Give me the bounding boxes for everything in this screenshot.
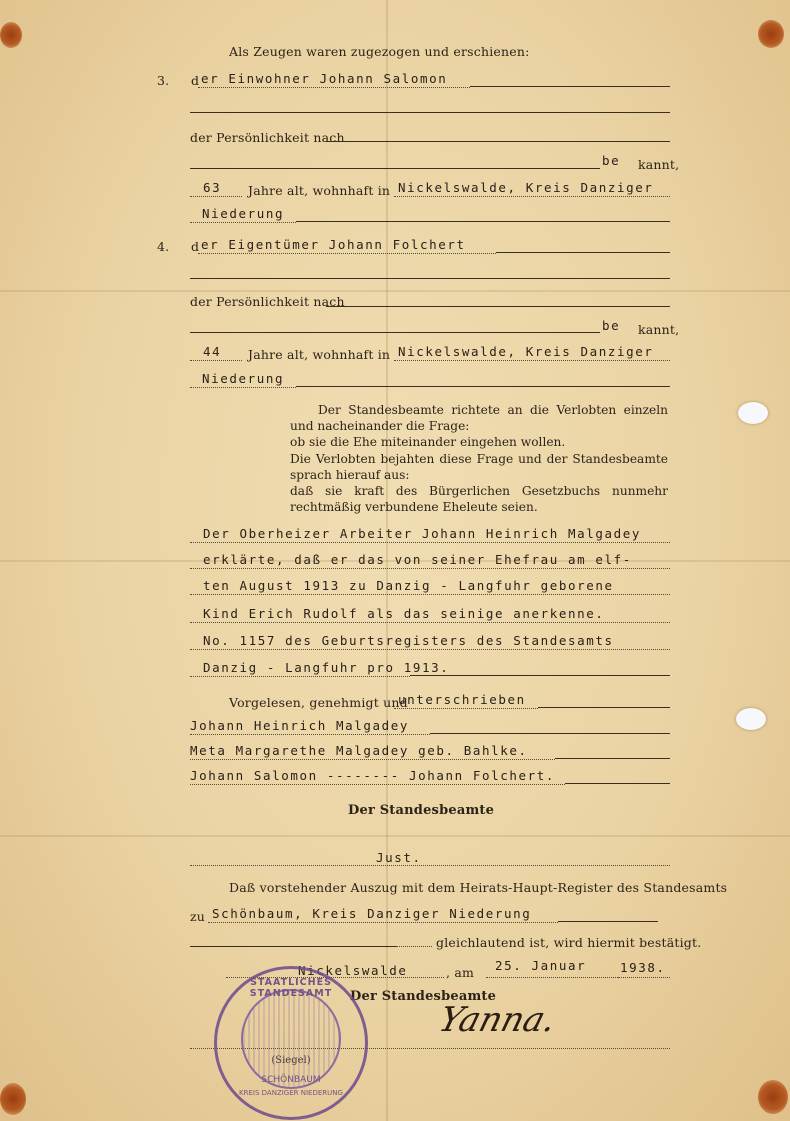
witness-3-number: 3. — [157, 73, 169, 88]
witness-4-residence: Nickelswalde, Kreis Danziger — [398, 344, 654, 359]
punch-hole — [736, 708, 766, 730]
date-am: , am — [446, 965, 474, 980]
certification-place: Schönbaum, Kreis Danziger Niederung — [212, 906, 531, 921]
fold-crease-horizontal — [0, 835, 790, 837]
registrar-name: Just. — [376, 850, 422, 865]
witness-3-residence: Nickelswalde, Kreis Danziger — [398, 180, 654, 195]
stamp-seal-label: (Siegel) — [217, 1055, 365, 1066]
witness-3-age-label: Jahre alt, wohnhaft in — [248, 183, 390, 198]
witness-3-residence-cont: Niederung — [202, 206, 284, 221]
certification-line-3: gleichlautend ist, wird hiermit bestätig… — [436, 935, 701, 950]
witness-4-number: 4. — [157, 239, 169, 254]
witness-3-known-prefix: be — [602, 153, 620, 168]
witness-3-name: er Einwohner Johann Salomon — [201, 71, 447, 86]
stamp-ring-text: STAATLICHES STANDESAMT — [217, 977, 365, 999]
ceremony-text: Der Standesbeamte richtete an die Verlob… — [290, 402, 668, 515]
witness-4-name: er Eigentümer Johann Folchert — [201, 237, 466, 252]
ceremony-answer: Die Verlobten bejahten diese Frage und d… — [290, 451, 668, 483]
fold-crease-horizontal — [0, 290, 790, 292]
ceremony-question: Der Standesbeamte richtete an die Verlob… — [290, 402, 668, 434]
ceremony-question-content: ob sie die Ehe miteinander eingehen woll… — [290, 434, 668, 450]
seal-emblem-icon — [241, 989, 341, 1089]
rust-stain — [758, 20, 784, 48]
annotation-line-2: erklärte, daß er das von seiner Ehefrau … — [203, 552, 632, 567]
date-day-month: 25. Januar — [495, 958, 586, 973]
signatory-3: Johann Salomon -------- Johann Folchert. — [190, 768, 555, 783]
punch-hole — [738, 402, 768, 424]
certification-line-1: Daß vorstehender Auszug mit dem Heirats-… — [229, 880, 727, 895]
read-approved-typed: unterschrieben — [398, 692, 526, 707]
witness-3-identity-label: der Persönlichkeit nach — [190, 130, 345, 145]
witness-4-known-suffix: kannt, — [638, 322, 679, 337]
annotation-line-5: No. 1157 des Geburtsregisters des Stande… — [203, 633, 614, 648]
annotation-line-1: Der Oberheizer Arbeiter Johann Heinrich … — [203, 526, 641, 541]
witness-4-age: 44 — [203, 344, 221, 359]
witness-3-prefix: d — [191, 73, 199, 88]
rust-stain — [0, 22, 22, 48]
certification-prefix: zu — [190, 909, 205, 924]
annotation-line-3: ten August 1913 zu Danzig - Langfuhr geb… — [203, 578, 614, 593]
stamp-district: KREIS DANZIGER NIEDERUNG — [217, 1089, 365, 1097]
witness-4-residence-cont: Niederung — [202, 371, 284, 386]
stamp-town: SCHÖNBAUM — [217, 1075, 365, 1085]
registrar-heading: Der Standesbeamte — [348, 803, 494, 818]
annotation-line-4: Kind Erich Rudolf als das seinige anerke… — [203, 606, 605, 621]
date-year: 1938. — [620, 960, 666, 975]
ceremony-declaration: daß sie kraft des Bürgerlichen Gesetzbuc… — [290, 483, 668, 515]
witness-3-known-suffix: kannt, — [638, 157, 679, 172]
signatory-1: Johann Heinrich Malgadey — [190, 718, 409, 733]
rust-stain — [758, 1080, 788, 1114]
witness-4-identity-label: der Persönlichkeit nach — [190, 294, 345, 309]
signatory-2: Meta Margarethe Malgadey geb. Bahlke. — [190, 743, 528, 758]
witness-4-prefix: d — [191, 239, 199, 254]
official-seal-stamp: STAATLICHES STANDESAMT (Siegel) SCHÖNBAU… — [214, 966, 368, 1120]
registrar-signature: Yanna. — [435, 1000, 561, 1040]
witness-4-known-prefix: be — [602, 318, 620, 333]
witnesses-heading: Als Zeugen waren zugezogen und erschiene… — [229, 44, 530, 59]
witness-3-age: 63 — [203, 180, 221, 195]
witness-4-age-label: Jahre alt, wohnhaft in — [248, 347, 390, 362]
annotation-line-6: Danzig - Langfuhr pro 1913. — [203, 660, 449, 675]
rust-stain — [0, 1083, 26, 1115]
read-approved-label: Vorgelesen, genehmigt und — [229, 695, 408, 710]
